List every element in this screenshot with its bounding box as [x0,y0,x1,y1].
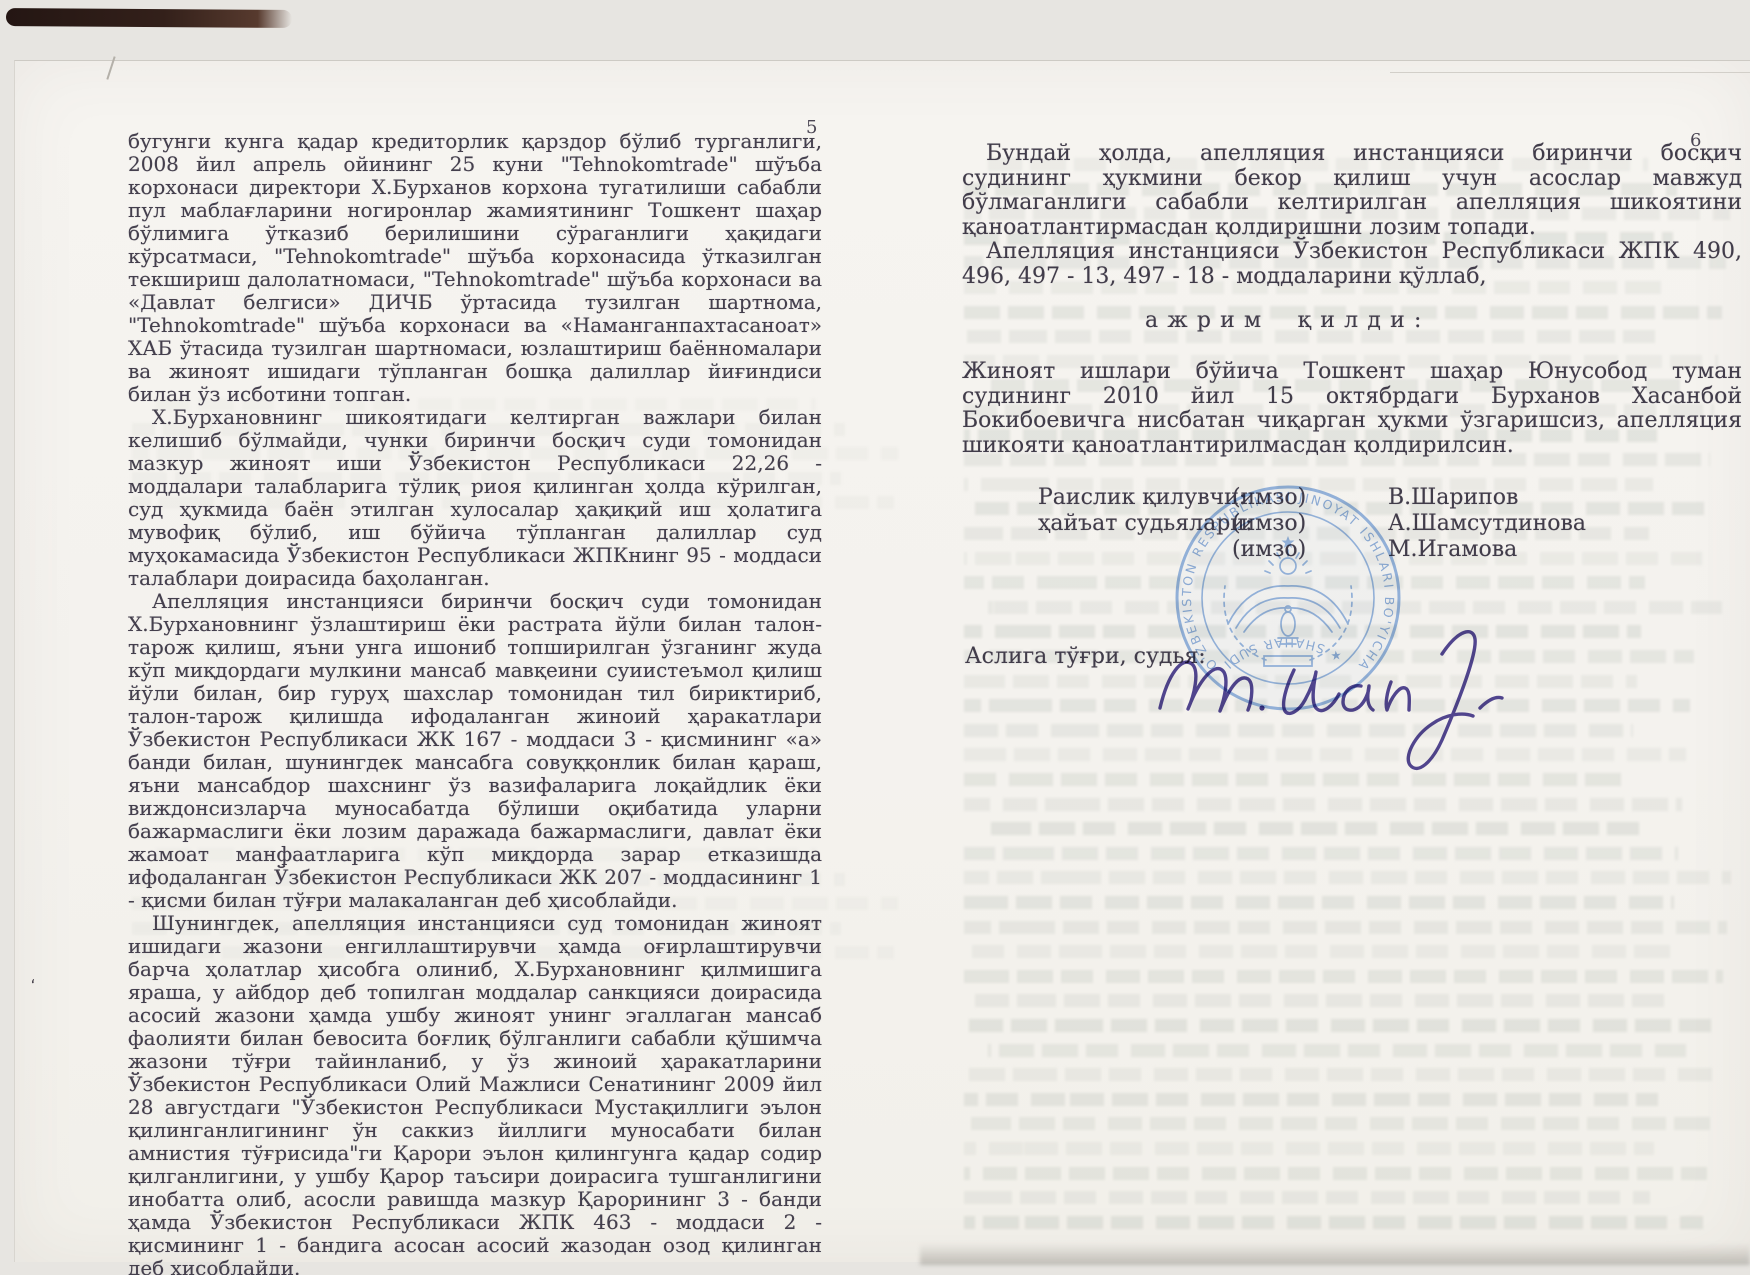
ruling-paragraph: Жиноят ишлари бўйича Тошкент шаҳар Юнусо… [962,360,1742,458]
paragraph: Шунингдек, апелляция инстанцияси суд том… [128,912,822,1275]
bleedthrough-line [964,847,1678,860]
paragraph: бугунги кунга қадар кредиторлик қарздор … [128,130,822,406]
bleedthrough-line [964,994,1666,1007]
bleedthrough-line [964,1019,1719,1032]
paragraph: Бундай ҳолда, апелляция инстанцияси бири… [962,142,1742,240]
paragraph: Апелляция инстанцияси биринчи босқич суд… [128,590,822,912]
bleedthrough-line [964,1142,1654,1155]
bleedthrough-line [964,871,1731,884]
bleedthrough-line [964,921,1727,934]
bleedthrough-line [964,1167,1707,1180]
bleedthrough-line [988,1044,1686,1057]
bleedthrough-line [964,1093,1658,1106]
bleedthrough-line [964,1068,1715,1081]
page-right: 6 Бундай ҳолда, апелляция инстанцияси би… [962,0,1750,1275]
bleedthrough-line [964,1117,1711,1130]
bleedthrough-line [964,1191,1650,1204]
scanned-document: ‘ 5 бугунги кунга қадар кредиторлик қарз… [0,0,1750,1275]
right-page-text: Бундай ҳолда, апелляция инстанцияси бири… [962,142,1742,289]
paragraph: Х.Бурхановнинг шикоятидаги келтирган важ… [128,406,822,590]
bleedthrough-line [964,945,1670,958]
ruling-heading: ажрим қилди: [1145,308,1431,333]
left-page-text: бугунги кунга қадар кредиторлик қарздор … [128,130,822,1275]
bleedthrough-line [964,970,1723,983]
judge-signature [1142,612,1592,802]
bleedthrough-line [988,822,1649,835]
page-left: 5 бугунги кунга қадар кредиторлик қарздо… [0,0,900,1275]
paragraph: Апелляция инстанцияси Ўзбекистон Республ… [962,240,1742,289]
bleedthrough-line [964,896,1674,909]
bleedthrough-line [964,1216,1703,1229]
